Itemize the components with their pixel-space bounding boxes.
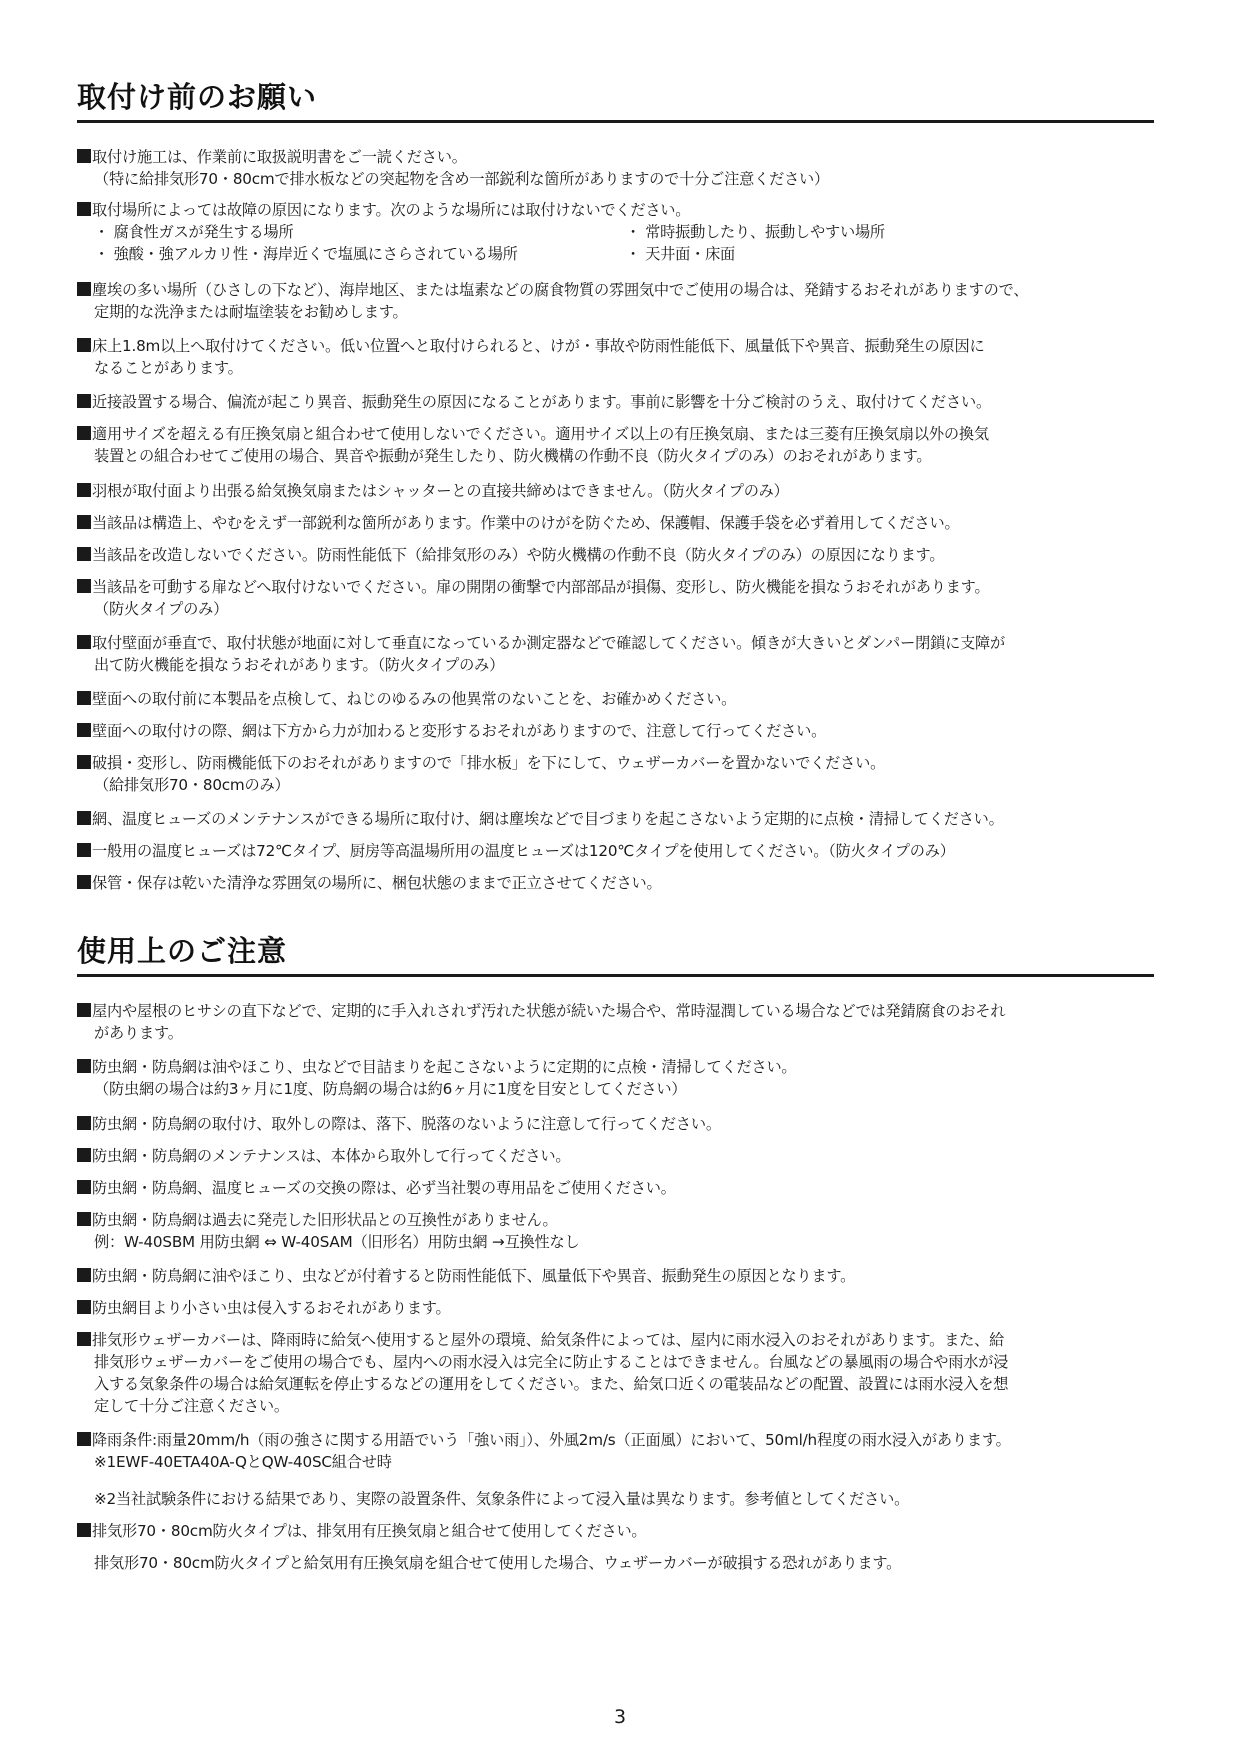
square-bullet-icon [77, 1432, 91, 1446]
list-item: 取付場所によっては故障の原因になります。次のような場所には取付けないでください。… [77, 199, 1157, 265]
list-item: 羽根が取付面より出張る給気換気扇またはシャッターとの直接共締めはできません。（防… [77, 480, 1157, 502]
square-bullet-icon [77, 755, 91, 769]
list-item: 適用サイズを超える有圧換気扇と組合わせて使用しないでください。適用サイズ以上の有… [77, 423, 1157, 467]
list-item: 当該品は構造上、やむをえず一部鋭利な箇所があります。作業中のけがを防ぐため、保護… [77, 512, 1157, 534]
location-sublist: ・ 腐食性ガスが発生する場所 ・ 強酸・強アルカリ性・海岸近くで塩風にさらされて… [77, 221, 1157, 265]
sub-item: ・ 腐食性ガスが発生する場所 [94, 221, 626, 243]
square-bullet-icon [77, 1003, 91, 1017]
square-bullet-icon [77, 843, 91, 857]
square-bullet-icon [77, 394, 91, 408]
list-item: 当該品を可動する扉などへ取付けないでください。扉の開閉の衝撃で内部部品が損傷、変… [77, 576, 1157, 620]
square-bullet-icon [77, 1180, 91, 1194]
square-bullet-icon [77, 723, 91, 737]
list-item: 排気形70・80cm防火タイプは、排気用有圧換気扇と組合せて使用してください。 [77, 1520, 1157, 1542]
list-item: 取付壁面が垂直で、取付状態が地面に対して垂直になっているか測定器などで確認してく… [77, 632, 1157, 676]
list-item: 破損・変形し、防雨機能低下のおそれがありますので「排水板」を下にして、ウェザーカ… [77, 752, 1157, 796]
square-bullet-icon [77, 1523, 91, 1537]
list-item: 壁面への取付前に本製品を点検して、ねじのゆるみの他異常のないことを、お確かめくだ… [77, 688, 1157, 710]
list-item: 近接設置する場合、偏流が起こり異音、振動発生の原因になることがあります。事前に影… [77, 391, 1157, 413]
square-bullet-icon [77, 202, 91, 216]
square-bullet-icon [77, 547, 91, 561]
square-bullet-icon [77, 1332, 91, 1346]
list-item: 防虫網・防鳥網の取付け、取外しの際は、落下、脱落のないように注意して行ってくださ… [77, 1113, 1157, 1135]
page-number: 3 [0, 1706, 1240, 1728]
sub-item: ・ 強酸・強アルカリ性・海岸近くで塩風にさらされている場所 [94, 243, 626, 265]
list-item: 防虫網・防鳥網に油やほこり、虫などが付着すると防雨性能低下、風量低下や異音、振動… [77, 1265, 1157, 1287]
list-item: 床上1.8m以上へ取付けてください。低い位置へと取付けられると、けが・事故や防雨… [77, 335, 1157, 379]
list-item: 一般用の温度ヒューズは72℃タイプ、厨房等高温場所用の温度ヒューズは120℃タイ… [77, 840, 1157, 862]
list-item: 当該品を改造しないでください。防雨性能低下（給排気形のみ）や防火機構の作動不良（… [77, 544, 1157, 566]
square-bullet-icon [77, 426, 91, 440]
list-item: 屋内や屋根のヒサシの直下などで、定期的に手入れされず汚れた状態が続いた場合や、常… [77, 1000, 1157, 1044]
square-bullet-icon [77, 1268, 91, 1282]
square-bullet-icon [77, 635, 91, 649]
square-bullet-icon [77, 483, 91, 497]
square-bullet-icon [77, 1212, 91, 1226]
list-item: 防虫網・防鳥網は過去に発売した旧形状品との互換性がありません。 例：W-40SB… [77, 1209, 1157, 1253]
section-heading-usage-precautions: 使用上のご注意 [77, 934, 1154, 977]
square-bullet-icon [77, 149, 91, 163]
square-bullet-icon [77, 579, 91, 593]
square-bullet-icon [77, 691, 91, 705]
square-bullet-icon [77, 515, 91, 529]
list-item: 排気形ウェザーカバーは、降雨時に給気へ使用すると屋外の環境、給気条件によっては、… [77, 1329, 1157, 1417]
list-item: 防虫網目より小さい虫は侵入するおそれがあります。 [77, 1297, 1157, 1319]
list-item: 防虫網・防鳥網は油やほこり、虫などで目詰まりを起こさないように定期的に点検・清掃… [77, 1056, 1157, 1100]
square-bullet-icon [77, 1300, 91, 1314]
square-bullet-icon [77, 875, 91, 889]
footnote-2: ※2当社試験条件における結果であり、実際の設置条件、気象条件によって浸入量は異な… [77, 1488, 1157, 1510]
square-bullet-icon [77, 811, 91, 825]
list-item: 取付け施工は、作業前に取扱説明書をご一読ください。 （特に給排気形70・80cm… [77, 146, 1157, 190]
square-bullet-icon [77, 1116, 91, 1130]
square-bullet-icon [77, 282, 91, 296]
list-item: 保管・保存は乾いた清浄な雰囲気の場所に、梱包状態のままで正立させてください。 [77, 872, 1157, 894]
footnote-1: ※1EWF-40ETA40A-QとQW-40SC組合せ時 [77, 1451, 1157, 1473]
sub-item: ・ 常時振動したり、振動しやすい場所 [626, 221, 1158, 243]
list-item: 塵埃の多い場所（ひさしの下など）、海岸地区、または塩素などの腐食物質の雰囲気中で… [77, 279, 1157, 323]
sub-item: ・ 天井面・床面 [626, 243, 1158, 265]
list-item: 壁面への取付けの際、網は下方から力が加わると変形するおそれがありますので、注意し… [77, 720, 1157, 742]
list-item: 降雨条件:雨量20mm/h（雨の強さに関する用語でいう「強い雨」）、外風2m/s… [77, 1429, 1157, 1473]
section-heading-pre-installation: 取付け前のお願い [77, 80, 1154, 123]
list-item: 防虫網・防鳥網のメンテナンスは、本体から取外して行ってください。 [77, 1145, 1157, 1167]
note-text: 排気形70・80cm防火タイプと給気用有圧換気扇を組合せて使用した場合、ウェザー… [77, 1552, 1157, 1574]
square-bullet-icon [77, 1059, 91, 1073]
list-item: 防虫網・防鳥網、温度ヒューズの交換の際は、必ず当社製の専用品をご使用ください。 [77, 1177, 1157, 1199]
square-bullet-icon [77, 1148, 91, 1162]
square-bullet-icon [77, 338, 91, 352]
list-item: 網、温度ヒューズのメンテナンスができる場所に取付け、網は塵埃などで目づまりを起こ… [77, 808, 1157, 830]
